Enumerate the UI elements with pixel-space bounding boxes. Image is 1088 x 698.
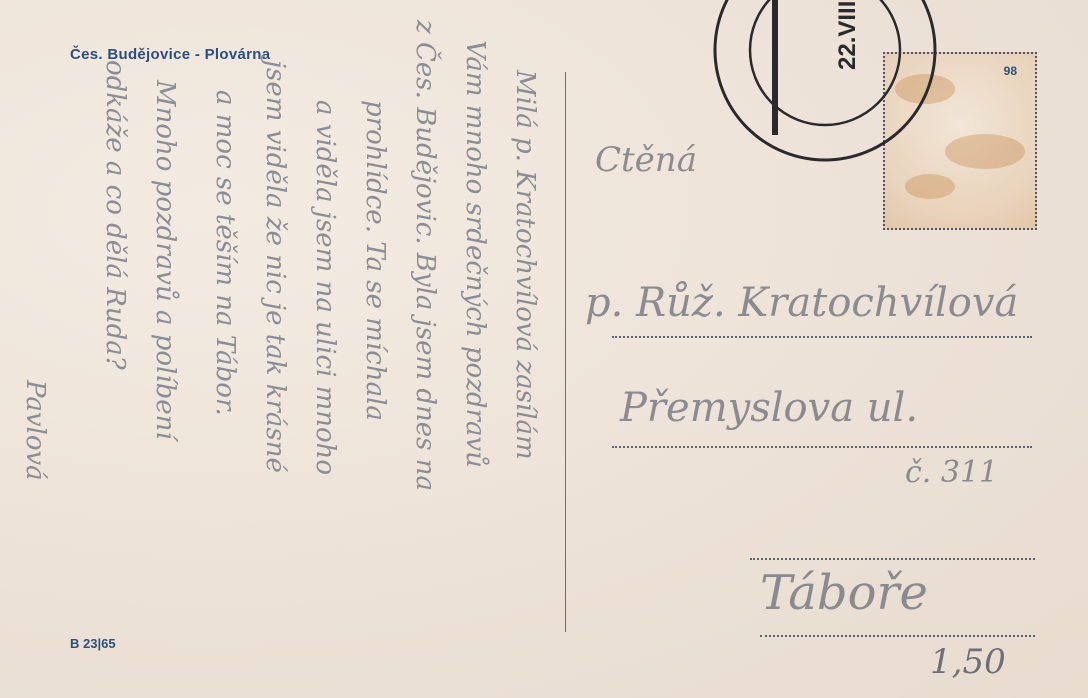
address-recipient: p. Růž. Kratochvílová xyxy=(585,280,1018,326)
address-salutation: Ctěná xyxy=(595,140,697,180)
center-divider xyxy=(565,72,566,632)
message-line: z Čes. Budějovic. Byla jsem dnes na xyxy=(410,20,440,491)
postcard-back: Čes. Budějovice - Plovárna B 23|65 Milá … xyxy=(0,0,1088,698)
message-line: Milá p. Kratochvílová zasílám xyxy=(510,70,540,460)
address-line xyxy=(750,558,1035,560)
address-city: Táboře xyxy=(760,565,928,621)
message-signature: Pavlová xyxy=(20,380,50,481)
address-street: Přemyslova ul. xyxy=(620,385,918,431)
message-line: Mnoho pozdravů a políbení xyxy=(150,80,180,440)
stamp-value: 98 xyxy=(1004,64,1017,78)
message-line: prohlídce. Ta se míchala xyxy=(360,100,390,421)
address-line xyxy=(612,446,1032,448)
message-line: a moc se těším na Tábor. xyxy=(210,90,240,416)
address-number: č. 311 xyxy=(905,455,998,490)
message-line: Vám mnoho srdečných pozdravů xyxy=(460,40,490,468)
handwritten-message: Milá p. Kratochvílová zasílám Vám mnoho … xyxy=(0,0,565,698)
address-line xyxy=(612,336,1032,338)
message-line: odkáže a co dělá Ruda? xyxy=(100,60,130,370)
svg-text:22.VIII.39: 22.VIII.39 xyxy=(834,0,861,70)
message-line: jsem viděla že nic je tak krásné xyxy=(260,60,290,473)
message-line: a viděla jsem na ulici mnoho xyxy=(310,100,340,475)
pencil-price-note: 1,50 xyxy=(930,642,1006,682)
address-line xyxy=(760,635,1035,637)
postmark-icon: 22.VIII.39 xyxy=(705,0,945,170)
